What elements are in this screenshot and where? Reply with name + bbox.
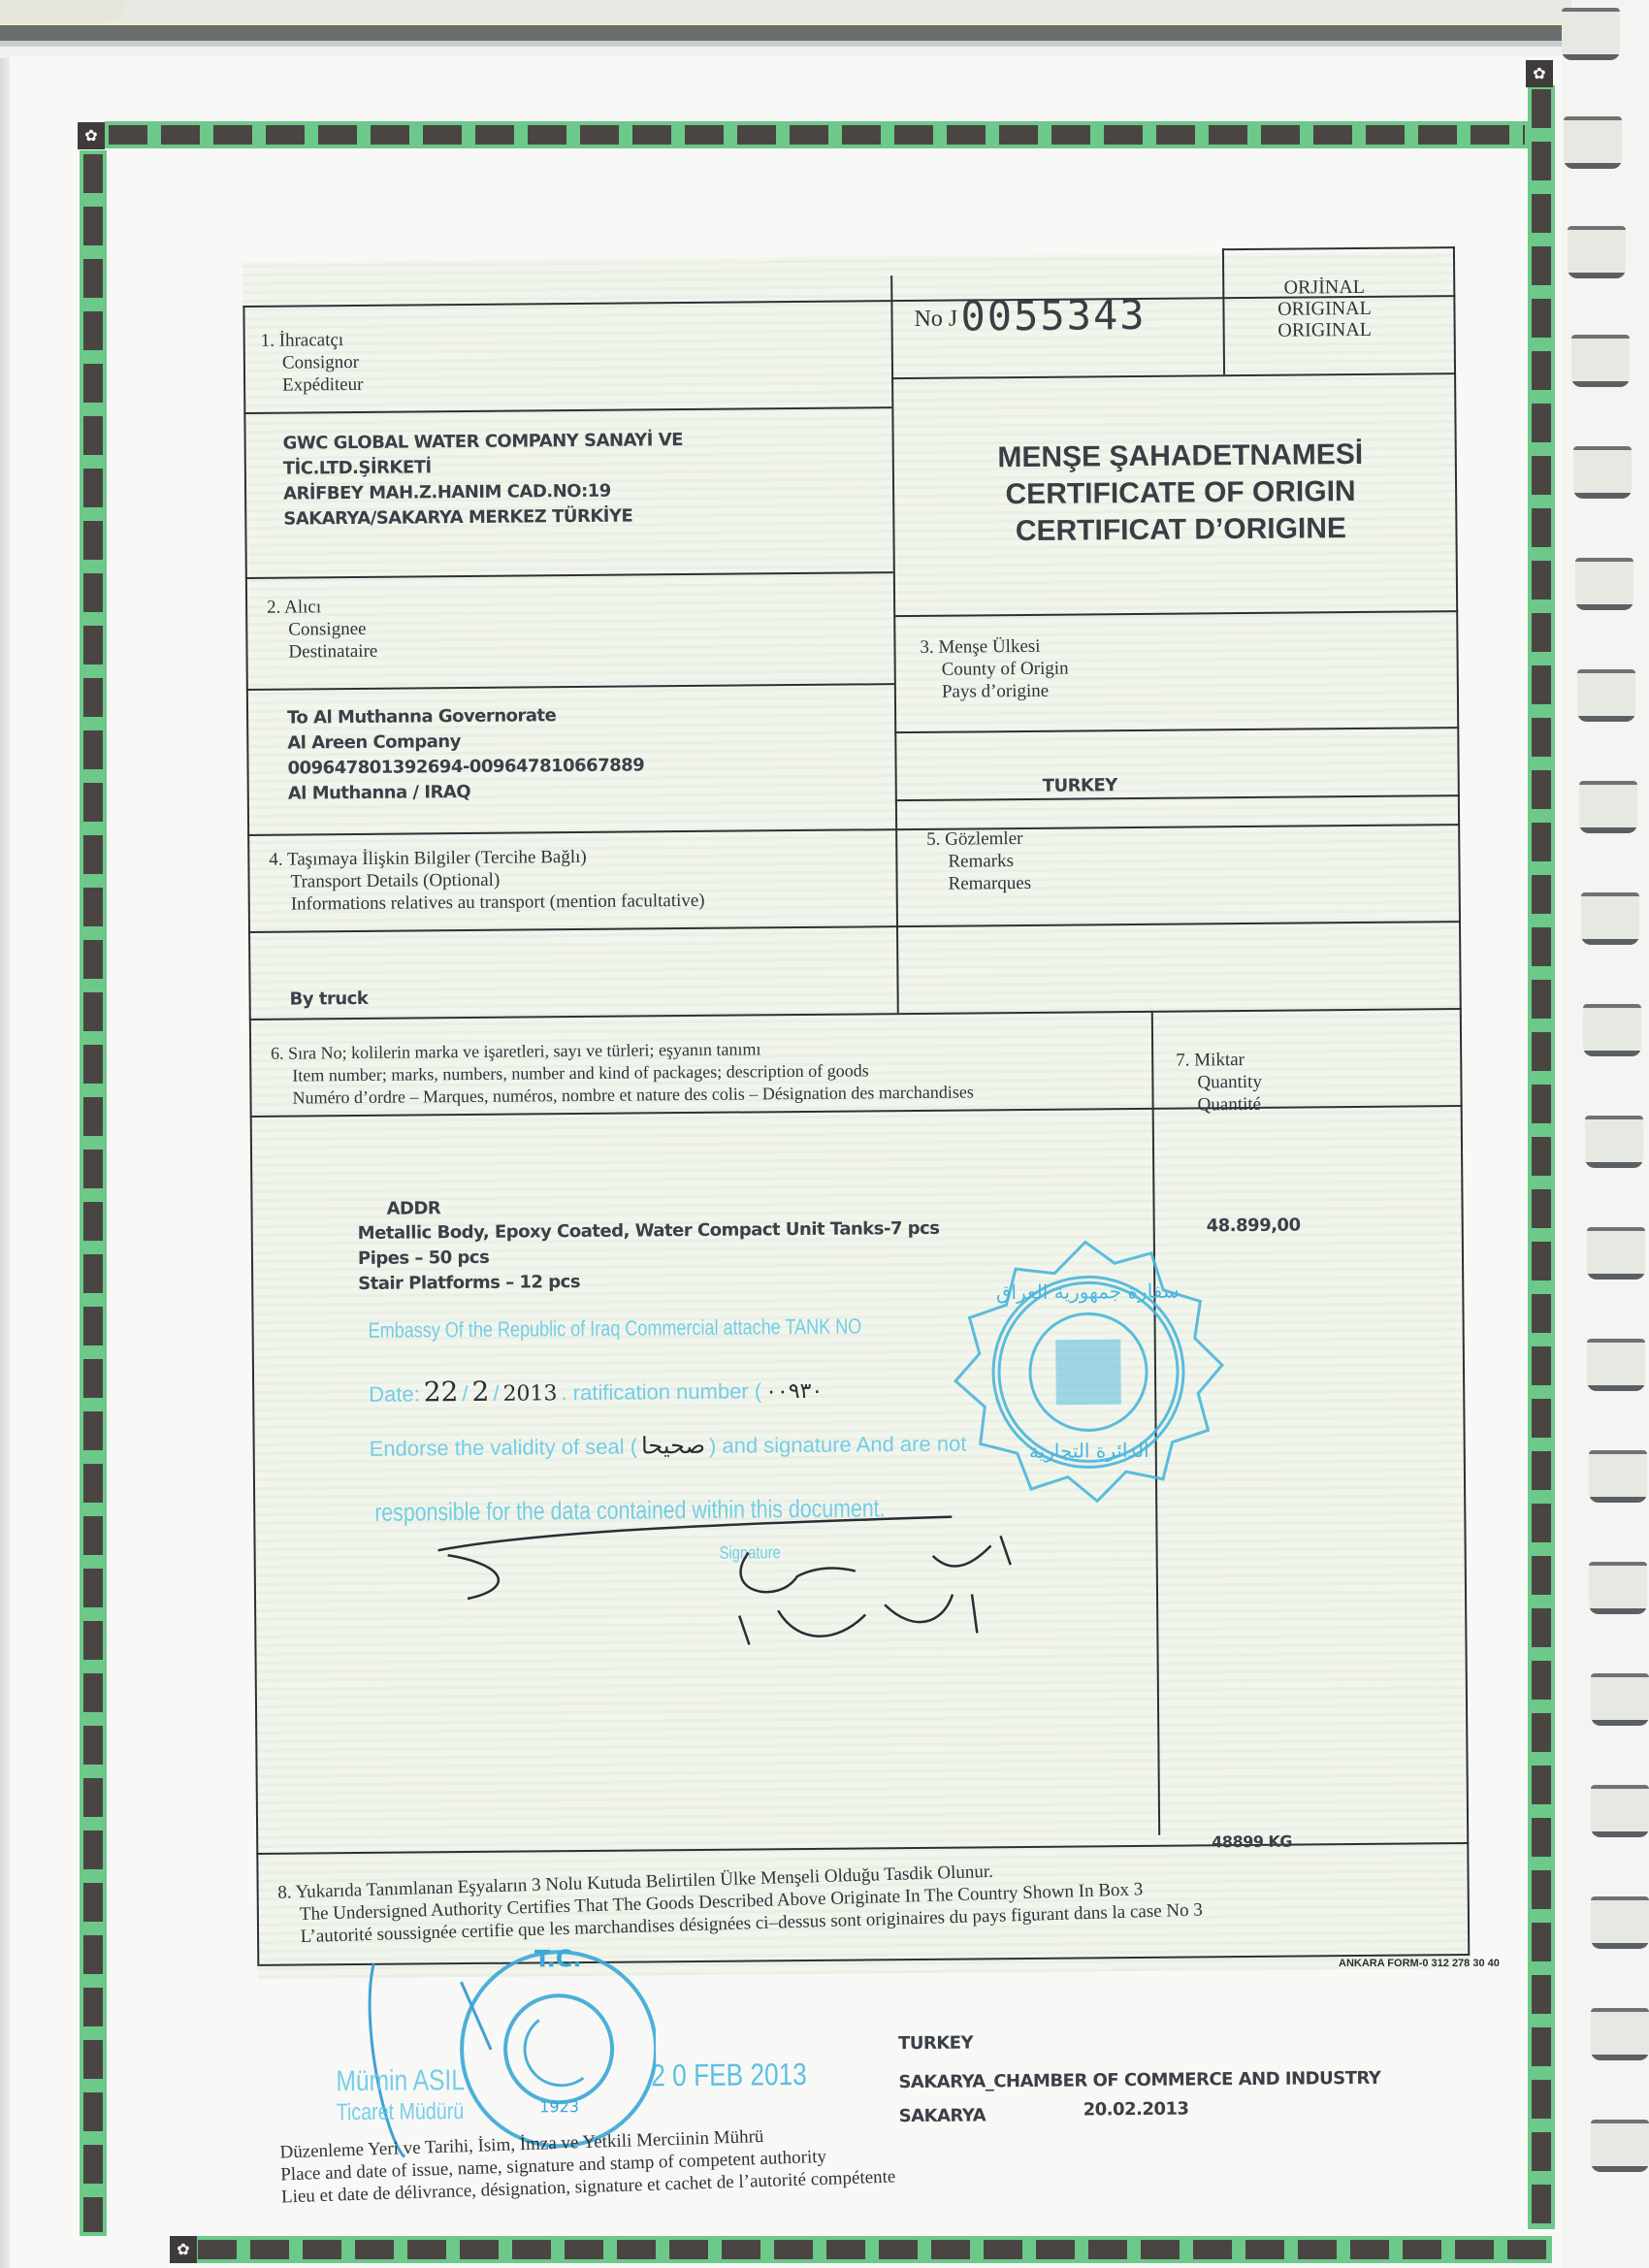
consignee-value: To Al Muthanna Governorate Al Areen Comp… [287, 702, 645, 806]
consignor-label: 1. İhracatçı Consignor Expéditeur [261, 329, 364, 397]
document-title: MENŞE ŞAHADETNAMESİ CERTIFICATE OF ORIGI… [928, 436, 1434, 551]
svg-text:T.C.: T.C. [534, 1945, 582, 1972]
svg-text:سفارة جمهورية العراق: سفارة جمهورية العراق [996, 1280, 1180, 1305]
scanner-lid [0, 0, 1571, 58]
copy-type: ORJİNAL ORIGINAL ORIGINAL [1212, 275, 1437, 341]
stamp-officer-name: Mümin ASIL [336, 2064, 465, 2098]
transport-details-label: 4. Taşımaya İlişkin Bilgiler (Tercihe Ba… [269, 845, 704, 916]
embassy-stamp-endorse-line: Endorse the validity of seal ( صحيحا ) a… [370, 1430, 967, 1462]
stamp-date: 2 0 FEB 2013 [651, 2057, 807, 2093]
embassy-stamp-date-line: Date: 22 / 2 / 2013 . ratification numbe… [369, 1373, 823, 1409]
certificate-number: 0055343 [960, 291, 1146, 340]
quantity-total: 48899 KG [1212, 1830, 1292, 1856]
corner-ornament-icon: ✿ [1526, 60, 1553, 87]
embassy-signature [428, 1497, 1030, 1657]
issuing-country: TURKEY [898, 2030, 973, 2057]
certificate-of-origin-form: No J 0055343 ORJİNAL ORIGINAL ORIGINAL M… [242, 251, 1470, 1979]
corner-ornament-icon: ✿ [170, 2236, 197, 2263]
svg-text:1923: 1923 [539, 2097, 579, 2116]
issuing-authority: SAKARYA_CHAMBER OF COMMERCE AND INDUSTRY [898, 2066, 1380, 2095]
country-of-origin-label: 3. Menşe Ülkesi County of Origin Pays d’… [920, 635, 1068, 703]
transport-details-value: By truck [290, 987, 369, 1013]
issuing-date: 20.02.2013 [1083, 2097, 1189, 2123]
consignee-label: 2. Alıcı Consignee Destinataire [267, 596, 377, 664]
form-code: ANKARA FORM-0 312 278 30 40 [1339, 1958, 1500, 1969]
issuing-place: SAKARYA [899, 2103, 986, 2129]
corner-ornament-icon: ✿ [78, 122, 105, 149]
goods-description-label: 6. Sıra No; kolilerin marka ve işaretler… [271, 1036, 974, 1109]
iraq-embassy-seal: سفارة جمهورية العراق الدائرة التجارية [930, 1233, 1244, 1517]
goods-description: Metallic Body, Epoxy Coated, Water Compa… [358, 1216, 940, 1297]
scanner-lid-cap [0, 0, 126, 23]
consignor-value: GWC GLOBAL WATER COMPANY SANAYİ VE TİC.L… [283, 428, 684, 533]
stamp-officer-title: Ticaret Müdürü [337, 2098, 465, 2126]
certification-statement: 8. Yukarıda Tanımlanan Eşyaların 3 Nolu … [277, 1854, 1203, 1948]
country-of-origin-value: TURKEY [1043, 773, 1117, 799]
svg-text:الدائرة التجارية: الدائرة التجارية [1029, 1439, 1149, 1463]
certificate-number-label: No J [914, 307, 957, 333]
shipping-marks: ADDR [386, 1196, 440, 1221]
quantity-label: 7. Miktar Quantity Quantité [1176, 1049, 1262, 1117]
remarks-label: 5. Gözlemler Remarks Remarques [926, 827, 1031, 895]
embassy-stamp-header: Embassy Of the Republic of Iraq Commerci… [369, 1313, 862, 1343]
